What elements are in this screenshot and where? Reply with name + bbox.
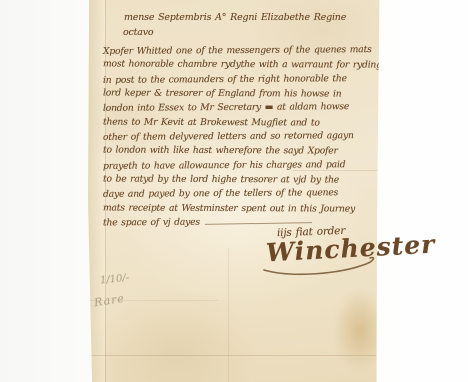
body-line: to london with like hast wherefore the s… [103,144,338,156]
paper-stain [334,288,386,372]
letter-photograph: mense Septembris A° Regni Elizabethe Reg… [0,0,468,382]
body-line: lord keper & tresorer of England from hi… [103,87,342,99]
body-line: mats receipte at Westminster spent out i… [103,202,355,214]
ink-mark-margin-1 [440,105,442,110]
heading-year-line: octavo [123,27,153,38]
body-line: prayeth to have allowaunce for his charg… [103,159,345,172]
ink-mark-margin-2 [439,165,443,172]
body-line: to be ratyd by the lord highe tresorer a… [103,173,339,185]
body-line: Xpofer Whitted one of the messengers of … [103,44,372,57]
body-line: other of them delyvered letters and so r… [103,130,354,143]
body-line: daye and payed by one of the tellers of … [103,187,338,200]
body-line: most honorable chambre rydythe with a wa… [103,58,387,70]
fold-crease-vertical-mid [228,248,229,382]
heading-date-line: mense Septembris A° Regni Elizabethe Reg… [124,12,346,23]
paper-sheet: mense Septembris A° Regni Elizabethe Reg… [88,0,380,382]
body-line: the space of vj dayes [103,217,200,229]
fold-crease-horizontal-lower [88,355,380,356]
body-line: in post to the comaunders of the right h… [103,73,347,86]
signature-flourish [262,238,380,278]
body-line: thens to Mr Kevit at Brokewest Mugfiet a… [103,117,320,129]
body-line: london into Essex to Mr Secretary ▬ at a… [103,101,349,114]
ink-mark-top-right [440,3,445,11]
